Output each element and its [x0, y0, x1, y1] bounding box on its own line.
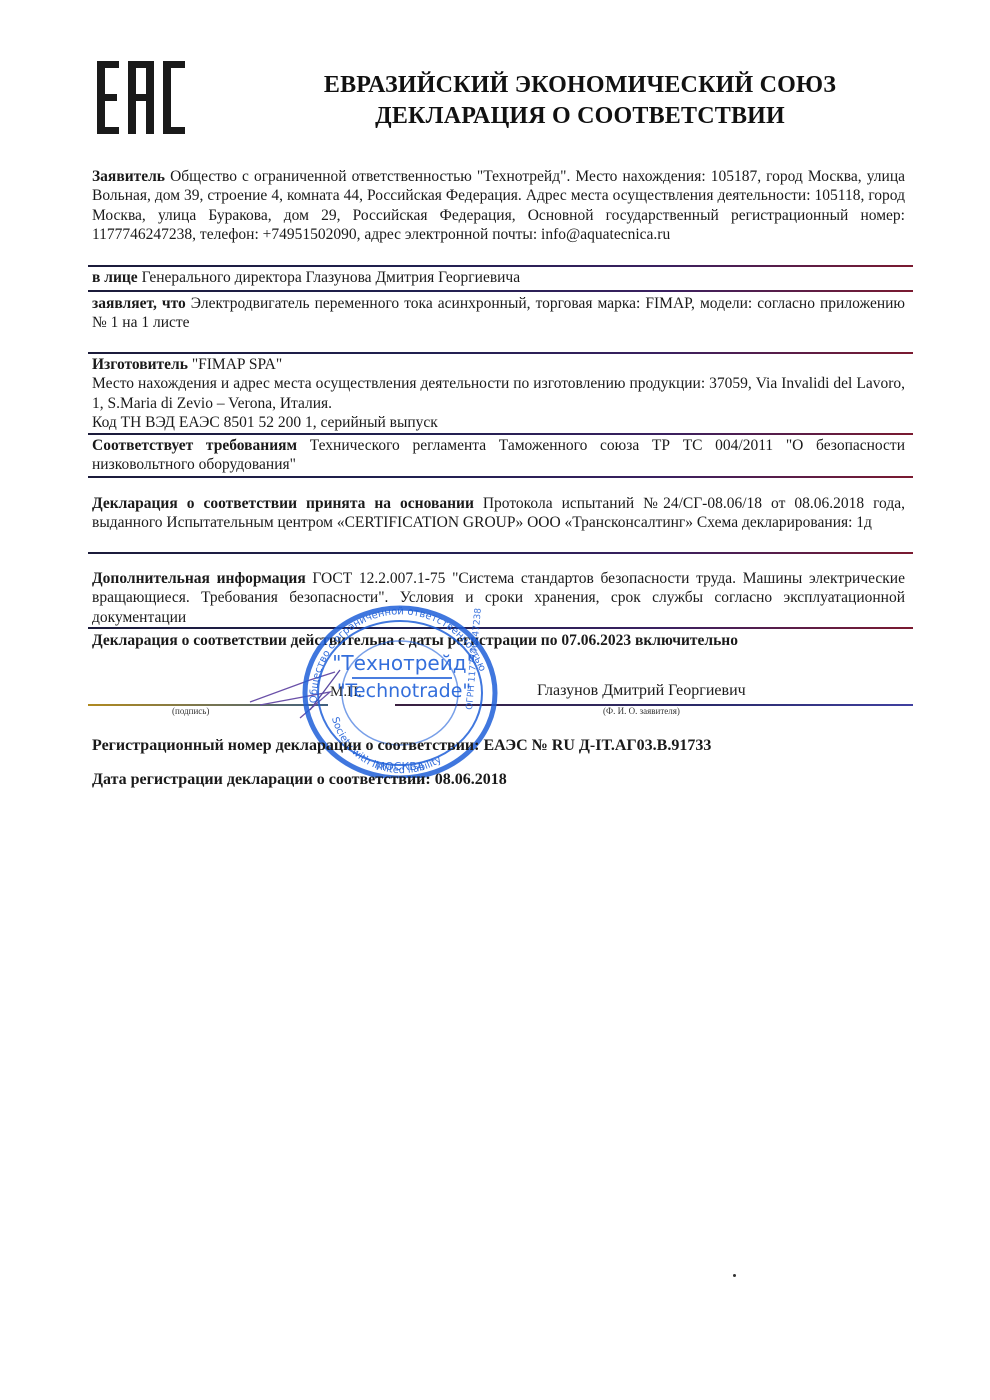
handwritten-signature-icon	[240, 660, 350, 720]
manufacturer-address: Место нахождения и адрес места осуществл…	[92, 374, 905, 413]
validity-statement: Декларация о соответствии действительна …	[92, 631, 905, 650]
commodity-code: Код ТН ВЭД ЕАЭС 8501 52 200 1, серийный …	[92, 413, 905, 432]
manufacturer-label: Изготовитель	[92, 356, 188, 373]
basis-section: Декларация о соответствии принята на осн…	[92, 494, 905, 533]
eac-logo-icon	[97, 61, 185, 134]
applicant-label: Заявитель	[92, 168, 165, 185]
divider	[88, 265, 913, 267]
declaration-page: ЕВРАЗИЙСКИЙ ЭКОНОМИЧЕСКИЙ СОЮЗ ДЕКЛАРАЦИ…	[0, 0, 990, 1400]
divider	[88, 476, 913, 478]
represented-by-section: в лице Генерального директора Глазунова …	[92, 268, 905, 287]
name-caption: (Ф. И. О. заявителя)	[603, 706, 680, 716]
additional-info-label: Дополнительная информация	[92, 570, 306, 587]
scan-speck	[733, 1274, 736, 1277]
title-declaration: ДЕКЛАРАЦИЯ О СООТВЕТСТВИИ	[250, 101, 910, 132]
title-union: ЕВРАЗИЙСКИЙ ЭКОНОМИЧЕСКИЙ СОЮЗ	[250, 70, 910, 101]
declares-text: Электродвигатель переменного тока асинхр…	[92, 295, 905, 331]
declares-section: заявляет, что Электродвигатель переменно…	[92, 294, 905, 333]
manufacturer-name: "FIMAP SPA"	[188, 356, 282, 373]
svg-text:"Технотрейд": "Технотрейд"	[332, 651, 476, 675]
registration-date: Дата регистрации декларации о соответств…	[92, 771, 507, 789]
conformity-section: Соответствует требованиям Технического р…	[92, 436, 905, 475]
divider	[88, 433, 913, 435]
registration-number: Регистрационный номер декларации о соотв…	[92, 737, 711, 755]
applicant-section: Заявитель Общество с ограниченной ответс…	[92, 167, 905, 245]
document-title: ЕВРАЗИЙСКИЙ ЭКОНОМИЧЕСКИЙ СОЮЗ ДЕКЛАРАЦИ…	[250, 70, 910, 132]
conformity-label: Соответствует требованиям	[92, 437, 297, 454]
signatory-name: Глазунов Дмитрий Георгиевич	[537, 682, 746, 700]
divider	[88, 552, 913, 554]
additional-info-section: Дополнительная информация ГОСТ 12.2.007.…	[92, 569, 905, 627]
divider	[88, 352, 913, 354]
manufacturer-section: Изготовитель "FIMAP SPA" Место нахождени…	[92, 355, 905, 433]
declares-label: заявляет, что	[92, 295, 186, 312]
divider	[88, 290, 913, 292]
divider	[88, 627, 913, 629]
basis-label: Декларация о соответствии принята на осн…	[92, 495, 474, 512]
applicant-text: Общество с ограниченной ответственностью…	[92, 168, 905, 243]
signature-caption: (подпись)	[172, 706, 209, 716]
represented-by-text: Генерального директора Глазунова Дмитрия…	[138, 269, 520, 286]
represented-by-label: в лице	[92, 269, 138, 286]
